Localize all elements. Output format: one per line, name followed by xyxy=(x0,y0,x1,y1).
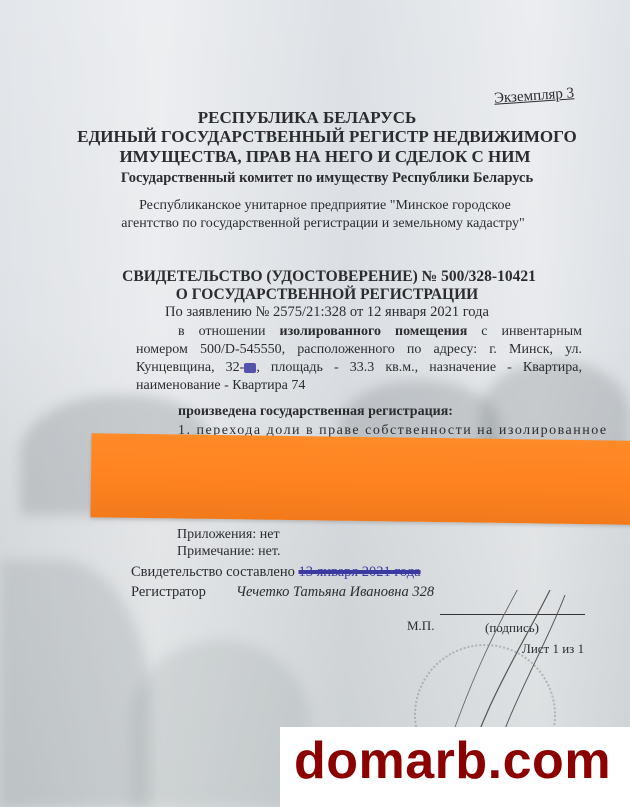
seal-label: М.П. xyxy=(407,618,434,634)
header-registry-line2: ИМУЩЕСТВА, ПРАВ НА НЕГО И СДЕЛОК С НИМ xyxy=(10,147,630,167)
issued-date-struck: 13 января 2021 года xyxy=(299,564,421,580)
watermark-banner: domarb.com xyxy=(280,727,630,807)
object-type: изолированного помещения xyxy=(280,324,468,339)
signature-label: (подпись) xyxy=(485,620,539,636)
ink-redaction xyxy=(244,363,256,373)
attachments: Приложения: нет xyxy=(177,527,280,543)
registrar-label: Регистратор xyxy=(131,584,206,601)
header-committee: Государственный комитет по имуществу Рес… xyxy=(12,170,630,187)
header-registry-line1: ЕДИНЫЙ ГОСУДАРСТВЕННЫЙ РЕГИСТР НЕДВИЖИМО… xyxy=(12,127,630,147)
signature-line xyxy=(440,614,585,615)
certificate-subtitle: О ГОСУДАРСТВЕННОЙ РЕГИСТРАЦИИ xyxy=(12,286,630,304)
watermark-text: domarb.com xyxy=(294,731,611,791)
sheet-number: Лист 1 из 1 xyxy=(522,641,584,657)
issued-prefix: Свидетельство составлено xyxy=(131,564,295,580)
intro-prefix: в отношении xyxy=(136,324,266,339)
registrar-name: Чечетко Татьяна Ивановна 328 xyxy=(236,584,434,601)
header-country: РЕСПУБЛИКА БЕЛАРУСЬ xyxy=(0,108,622,128)
registration-heading: произведена государственная регистрация: xyxy=(178,404,453,420)
organization-line2: агентство по государственной регистрации… xyxy=(8,216,630,232)
remark: Примечание: нет. xyxy=(177,544,280,560)
application-reference: По заявлению № 2575/21:328 от 12 января … xyxy=(12,304,630,321)
issued-line: Свидетельство составлено 13 января 2021 … xyxy=(131,564,421,581)
certificate-title: СВИДЕТЕЛЬСТВО (УДОСТОВЕРЕНИЕ) № 500/328-… xyxy=(14,268,630,286)
organization-line1: Республиканское унитарное предприятие "М… xyxy=(10,198,630,214)
redaction-bar xyxy=(90,433,630,525)
object-description: в отношении изолированного помещения с и… xyxy=(136,323,582,395)
